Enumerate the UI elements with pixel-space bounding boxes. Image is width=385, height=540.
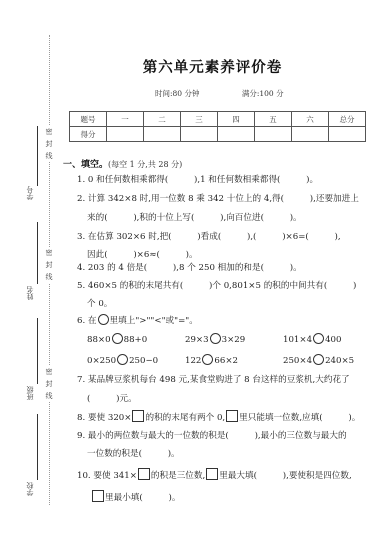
student-no-label: 学号 <box>26 186 34 200</box>
score-cell[interactable] <box>181 127 218 142</box>
question-9-line-1: 9. 最小的两位数与最大的一位数的积是( ),最小的三位数与最大的 <box>77 430 347 442</box>
section-1-heading: 一、填空。(每空 1 分,共 28 分) <box>63 157 182 170</box>
q6-suffix: 里填上">""<"或"="。 <box>110 316 198 326</box>
compare-right: 400 <box>325 335 341 345</box>
full-score: 满分:100 分 <box>242 89 284 98</box>
question-10-line-2: 里最小填( )。 <box>91 490 180 504</box>
score-cell[interactable] <box>144 127 181 142</box>
answer-box[interactable] <box>92 490 104 502</box>
compare-circle[interactable] <box>117 354 128 365</box>
score-table: 题号 一 二 三 四 五 六 总分 得分 <box>69 111 366 142</box>
header-cell: 二 <box>144 112 181 127</box>
question-7-line-1: 7. 某品牌豆浆机每台 498 元,某食堂购进了 8 台这样的豆浆机,大约花了 <box>77 374 350 386</box>
score-table-header-row: 题号 一 二 三 四 五 六 总分 <box>70 112 366 127</box>
compare-left: 250×4 <box>283 356 312 366</box>
q10-middle: 的积是三位数, <box>151 471 205 481</box>
compare-item-5: 12266×2 <box>185 354 238 366</box>
section-title: 一、填空。 <box>63 160 108 170</box>
name-line[interactable] <box>37 222 38 284</box>
question-5-line-1: 5. 460×5 的积的末尾共有( )个 0,801×5 的积的中间共有( ) <box>77 280 356 292</box>
question-2-line-1: 2. 计算 342×8 时,用一位数 8 乘 342 十位上的 4,得( ),还… <box>77 193 359 205</box>
answer-box[interactable] <box>138 468 150 480</box>
name-label: 姓名 <box>26 286 34 300</box>
header-cell: 五 <box>255 112 292 127</box>
compare-item-3: 101×4400 <box>283 333 341 345</box>
answer-box[interactable] <box>132 410 144 422</box>
question-8: 8. 要使 320×的积的末尾有两个 0,里只能填一位数,应填( )。 <box>77 410 360 424</box>
compare-item-2: 29×33×29 <box>185 333 245 345</box>
section-note: (每空 1 分,共 28 分) <box>108 160 182 169</box>
school-line[interactable] <box>37 414 38 480</box>
compare-left: 88×0 <box>87 335 111 345</box>
compare-right: 88+0 <box>124 335 148 345</box>
question-3-line-1: 3. 在估算 302×6 时,把( )看成( ),( )×6=( ), <box>77 231 341 243</box>
question-5-line-2: 个 0。 <box>87 298 112 310</box>
compare-right: 240×5 <box>325 356 354 366</box>
seal-text-1: 密封线 <box>44 126 54 162</box>
compare-left: 29×3 <box>185 335 209 345</box>
score-cell[interactable] <box>107 127 144 142</box>
question-1: 1. 0 和任何数相乘都得( ),1 和任何数相乘都得( )。 <box>77 174 318 186</box>
circle-icon <box>98 314 109 325</box>
school-label: 学校 <box>26 482 34 496</box>
question-3-line-2: 因此( )×6≈( )。 <box>87 249 198 261</box>
q10-line2-text: 里最小填( )。 <box>105 493 180 503</box>
question-4: 4. 203 的 4 倍是( ),8 个 250 相加的和是( )。 <box>77 262 302 274</box>
header-cell: 总分 <box>329 112 366 127</box>
question-7-line-2: ( )元。 <box>87 393 137 405</box>
compare-right: 3×29 <box>222 335 246 345</box>
q8-middle: 的积的末尾有两个 0, <box>145 413 225 423</box>
compare-circle[interactable] <box>313 354 324 365</box>
header-cell: 三 <box>181 112 218 127</box>
compare-circle[interactable] <box>210 333 221 344</box>
question-10-line-1: 10. 要使 341×的积是三位数,里最大填( ),要使积是四位数, <box>77 468 352 482</box>
seal-text-3: 密封线 <box>44 366 54 402</box>
student-no-line[interactable] <box>37 126 38 186</box>
compare-left: 101×4 <box>283 335 312 345</box>
compare-circle[interactable] <box>313 333 324 344</box>
q10-prefix: 10. 要使 341× <box>77 471 137 481</box>
q8-suffix: 里只能填一位数,应填( )。 <box>239 413 360 423</box>
header-cell: 四 <box>218 112 255 127</box>
compare-item-4: 0×250250−0 <box>87 354 158 366</box>
score-row-label: 得分 <box>70 127 107 142</box>
compare-circle[interactable] <box>202 354 213 365</box>
answer-box[interactable] <box>206 468 218 480</box>
page-title: 第六单元素养评价卷 <box>0 56 385 77</box>
compare-item-6: 250×4240×5 <box>283 354 354 366</box>
score-cell[interactable] <box>255 127 292 142</box>
header-cell: 一 <box>107 112 144 127</box>
score-cell[interactable] <box>292 127 329 142</box>
q10-suffix: 里最大填( ),要使积是四位数, <box>219 471 351 481</box>
compare-left: 122 <box>185 356 201 366</box>
question-9-line-2: 一位数的积是( )。 <box>87 448 180 460</box>
header-cell: 六 <box>292 112 329 127</box>
score-cell[interactable] <box>218 127 255 142</box>
q8-prefix: 8. 要使 320× <box>77 413 131 423</box>
compare-left: 0×250 <box>87 356 116 366</box>
class-line[interactable] <box>37 318 38 384</box>
q6-prefix: 6. 在 <box>77 316 97 326</box>
compare-circle[interactable] <box>112 333 123 344</box>
score-cell[interactable] <box>329 127 366 142</box>
compare-right: 250−0 <box>129 356 158 366</box>
compare-item-1: 88×088+0 <box>87 333 147 345</box>
exam-meta: 时间:80 分钟 满分:100 分 <box>155 88 324 99</box>
question-2-line-2: 来的( ),积的十位上写( ),向百位进( )。 <box>87 212 302 224</box>
question-6: 6. 在里填上">""<"或"="。 <box>77 314 198 327</box>
seal-text-2: 密封线 <box>44 247 54 283</box>
score-table-score-row: 得分 <box>70 127 366 142</box>
answer-box[interactable] <box>226 410 238 422</box>
class-label: 班级 <box>26 386 34 400</box>
compare-right: 66×2 <box>214 356 238 366</box>
time-limit: 时间:80 分钟 <box>155 89 199 98</box>
header-cell: 题号 <box>70 112 107 127</box>
